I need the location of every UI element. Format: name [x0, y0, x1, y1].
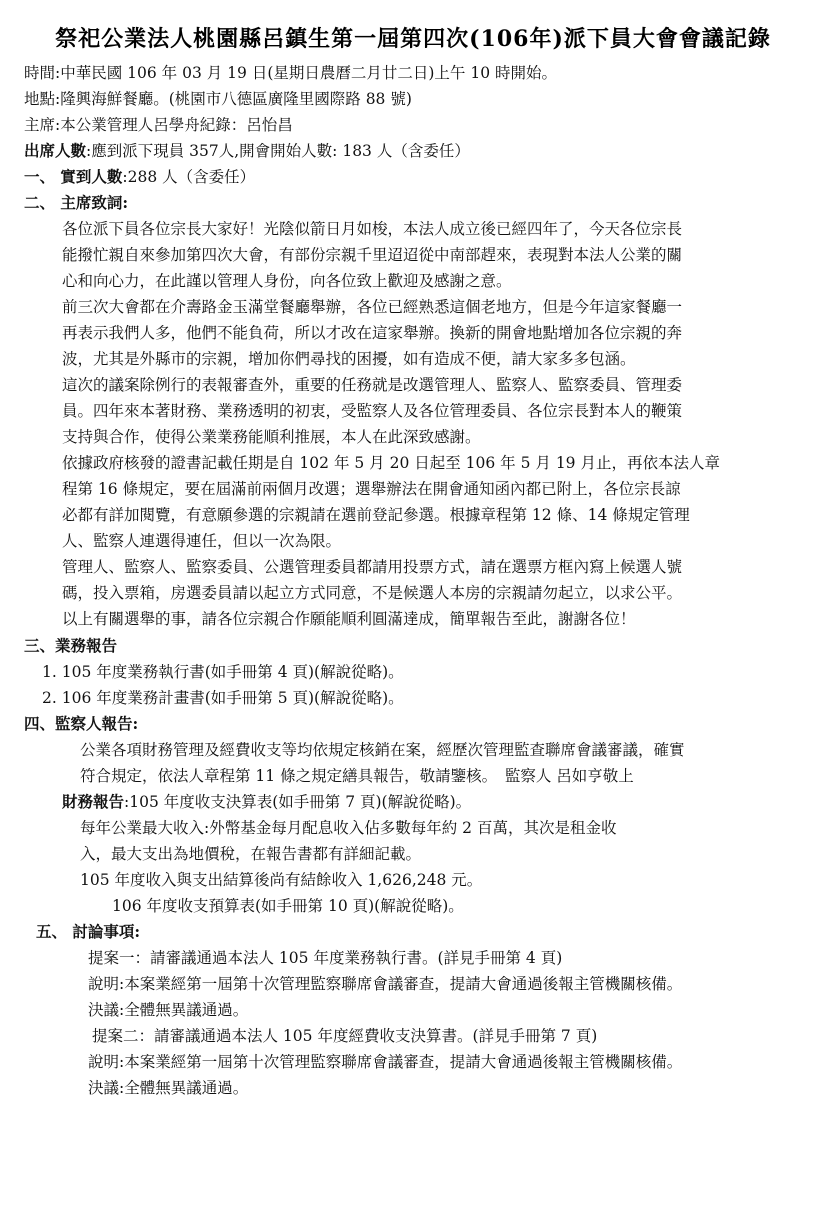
paragraph-line: 以上有關選舉的事，請各位宗親合作願能順利圓滿達成，簡單報告至此，謝謝各位！ [62, 609, 636, 629]
paragraph-line: 心和向心力，在此謹以管理人身份，向各位致上歡迎及感謝之意。 [62, 271, 512, 291]
list-item: 1. 105 年度業務執行書(如手冊第 4 頁)(解說從略)。 [42, 662, 404, 682]
paragraph-line: 105 年度收入與支出結算後尚有結餘收入 1,626,248 元。 [80, 870, 482, 890]
paragraph-line: 入，最大支出為地價稅，在報告書都有詳細記載。 [80, 844, 421, 864]
proposal-line: 提案一：請審議通過本法人 105 年度業務執行書。(詳見手冊第 4 頁) [88, 948, 562, 968]
section-4-heading: 四、監察人報告: [24, 714, 138, 734]
paragraph-line: 106 年度收支預算表(如手冊第 10 頁)(解說從略)。 [112, 896, 464, 916]
paragraph-line: 能撥忙親自來參加第四次大會，有部份宗親千里迢迢從中南部趕來，表現對本法人公業的關 [62, 245, 682, 265]
section-1: 一、 實到人數:288 人（含委任） [24, 167, 255, 187]
section-3-heading: 三、業務報告 [24, 636, 117, 656]
paragraph-line: 公業各項財務管理及經費收支等均依規定核銷在案，經歷次管理監查聯席會議審議，確實 [80, 740, 685, 760]
section-5-heading: 五、 討論事項: [36, 922, 140, 942]
paragraph-line: 碼，投入票箱，房選委員請以起立方式同意，不是候選人本房的宗親請勿起立，以求公平。 [62, 583, 682, 603]
proposal-line: 決議:全體無異議通過。 [88, 1000, 248, 1020]
paragraph-line: 支持與合作，使得公業業務能順利推展，本人在此深致感謝。 [62, 427, 481, 447]
paragraph-line: 人、監察人連選得連任，但以一次為限。 [62, 531, 341, 551]
meeting-place: 地點:隆興海鮮餐廳。(桃園市八德區廣隆里國際路 88 號) [24, 89, 412, 109]
meeting-time: 時間:中華民國 106 年 03 月 19 日(星期日農曆二月廿二日)上午 10… [24, 63, 557, 83]
list-item: 2. 106 年度業務計畫書(如手冊第 5 頁)(解說從略)。 [42, 688, 404, 708]
paragraph-line: 每年公業最大收入:外幣基金每月配息收入佔多數每年約 2 百萬，其次是租金收 [80, 818, 616, 838]
paragraph-line: 管理人、監察人、監察委員、公選管理委員都請用投票方式，請在選票方框內寫上候選人號 [62, 557, 682, 577]
paragraph-line: 這次的議案除例行的表報審查外，重要的任務就是改選管理人、監察人、監察委員、管理委 [62, 375, 682, 395]
document-title: 祭祀公業法人桃園縣呂鎮生第一屆第四次(106年)派下員大會會議記錄 [0, 22, 826, 53]
attendance: 出席人數:應到派下現員 357人,開會開始人數: 183 人（含委任） [24, 141, 470, 161]
paragraph-line: 再表示我們人多，他們不能負荷，所以才改在這家舉辦。換新的開會地點增加各位宗親的奔 [62, 323, 682, 343]
proposal-line: 提案二：請審議通過本法人 105 年度經費收支決算書。(詳見手冊第 7 頁) [92, 1026, 597, 1046]
attendance-label: 出席人數 [24, 141, 86, 160]
paragraph-line: 程第 16 條規定，要在屆滿前兩個月改選；選舉辦法在開會通知函內都已附上，各位宗… [62, 479, 681, 499]
meeting-chair: 主席:本公業管理人呂學舟紀錄：呂怡昌 [24, 115, 293, 135]
paragraph-line: 前三次大會都在介壽路金玉滿堂餐廳舉辦，各位已經熟悉這個老地方，但是今年這家餐廳一 [62, 297, 682, 317]
paragraph-line: 依據政府核發的證書記載任期是自 102 年 5 月 20 日起至 106 年 5… [62, 453, 720, 473]
paragraph-line: 必都有詳加閱覽，有意願參選的宗親請在選前登記參選。根據章程第 12 條、14 條… [62, 505, 690, 525]
paragraph-line: 波，尤其是外縣市的宗親，增加你們尋找的困擾，如有造成不便，請大家多多包涵。 [62, 349, 636, 369]
proposal-line: 說明:本案業經第一屆第十次管理監察聯席會議審查，提請大會通過後報主管機關核備。 [88, 1052, 682, 1072]
proposal-line: 說明:本案業經第一屆第十次管理監察聯席會議審查，提請大會通過後報主管機關核備。 [88, 974, 682, 994]
paragraph-line: 員。四年來本著財務、業務透明的初衷，受監察人及各位管理委員、各位宗長對本人的鞭策 [62, 401, 682, 421]
proposal-line: 決議:全體無異議通過。 [88, 1078, 248, 1098]
attendance-text: :應到派下現員 357人,開會開始人數: 183 人（含委任） [86, 142, 470, 160]
paragraph-line: 符合規定，依法人章程第 11 條之規定繕具報告，敬請鑒核。 監察人 呂如亨敬上 [80, 766, 634, 786]
paragraph-line: 各位派下員各位宗長大家好！光陰似箭日月如梭，本法人成立後已經四年了，今天各位宗長 [62, 219, 682, 239]
section-2-heading: 二、 主席致詞: [24, 193, 128, 213]
finance-report: 財務報告:105 年度收支決算表(如手冊第 7 頁)(解說從略)。 [62, 792, 471, 812]
